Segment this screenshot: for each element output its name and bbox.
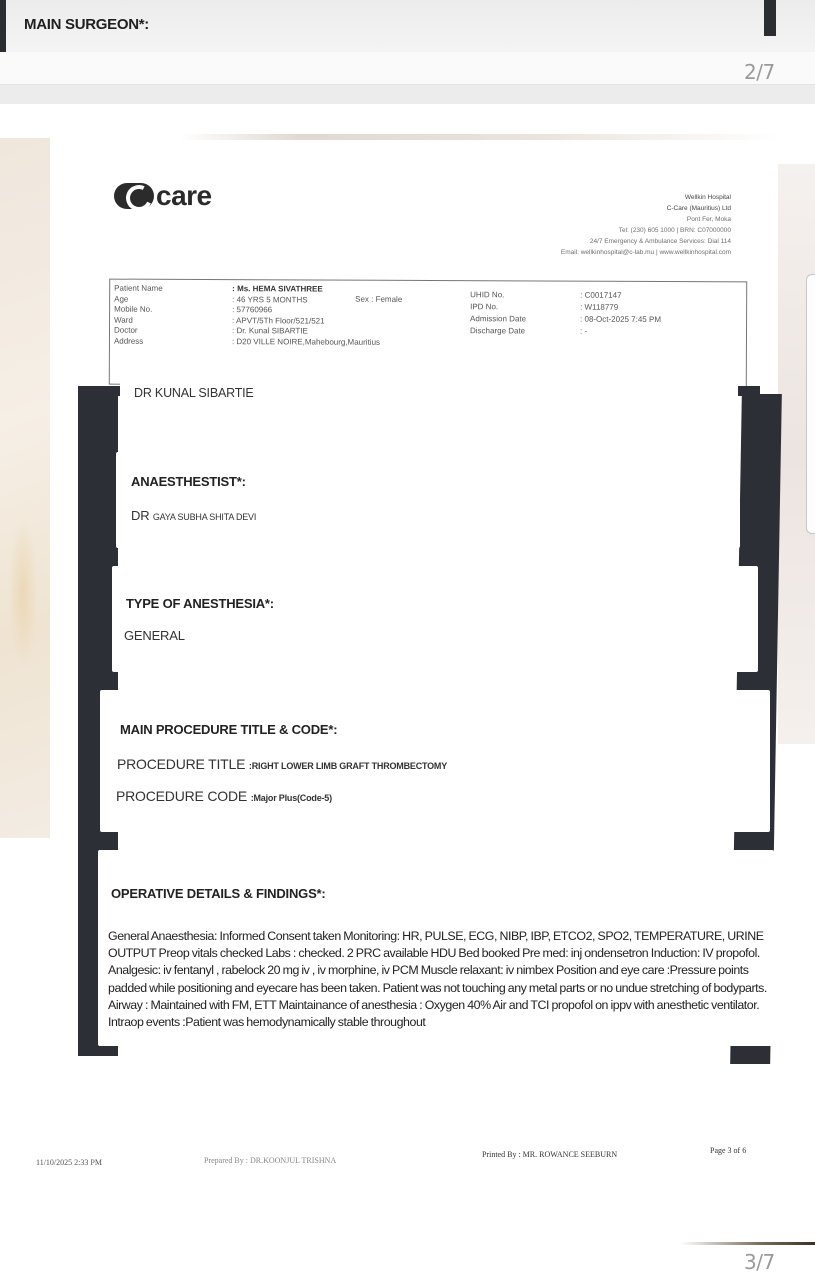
- current-page[interactable]: care Wellkin Hospital C-Care (Mauritius)…: [0, 104, 815, 1280]
- anesthesia-type-card: TYPE OF ANESTHESIA*: GENERAL: [112, 566, 758, 672]
- hospital-address-block: Wellkin Hospital C-Care (Mauritius) Ltd …: [561, 192, 731, 258]
- label-ipd: IPD No.: [470, 301, 526, 313]
- logo-text: care: [156, 180, 212, 212]
- discharge-date-value: : -: [580, 326, 661, 338]
- operative-details-heading: OPERATIVE DETAILS & FINDINGS*:: [111, 886, 326, 901]
- procedure-code-label: PROCEDURE CODE: [116, 788, 247, 804]
- anaesthetist-prefix: DR: [131, 508, 149, 523]
- ccare-logo: care: [114, 180, 212, 212]
- anaesthetist-name: GAYA SUBHA SHITA DEVI: [153, 512, 256, 522]
- pen-edge: [680, 1242, 815, 1245]
- anaesthetist-card: ANAESTHESTIST*: DR GAYA SUBHA SHITA DEVI: [116, 452, 740, 548]
- label-age: Age: [114, 294, 163, 305]
- label-address: Address: [114, 336, 163, 347]
- uhid-value: : C0017147: [580, 290, 661, 302]
- patient-ward: : APVT/5Th Floor/521/521: [232, 316, 380, 327]
- patient-sex: Sex : Female: [355, 295, 402, 304]
- anesthesia-type-value: GENERAL: [124, 628, 185, 643]
- form-frame-right: [764, 0, 776, 36]
- anaesthetist-value: DR GAYA SUBHA SHITA DEVI: [131, 508, 256, 523]
- page-separator: [0, 84, 815, 104]
- hospital-name: Wellkin Hospital: [561, 192, 731, 203]
- procedure-code-value: :Major Plus(Code-5): [251, 793, 332, 803]
- patient-doctor: : Dr. Kunal SIBARTIE: [232, 326, 380, 337]
- prepared-by: Prepared By : DR.KOONJUL TRISHNA: [204, 1156, 336, 1165]
- patient-mobile: : 57760966: [232, 305, 380, 316]
- patient-name: : Ms. HEMA SIVATHREE: [232, 284, 380, 295]
- procedure-heading: MAIN PROCEDURE TITLE & CODE*:: [120, 722, 337, 737]
- print-datetime: 11/10/2025 2:33 PM: [36, 1158, 102, 1167]
- label-admission-date: Admission Date: [470, 313, 526, 325]
- admission-values: : C0017147 : W118779 : 08-Oct-2025 7:45 …: [580, 290, 661, 338]
- main-surgeon-heading: MAIN SURGEON*:: [24, 16, 149, 33]
- background-surface-left: [0, 138, 50, 838]
- patient-info-box: Patient Name Age Mobile No. Ward Doctor …: [109, 279, 747, 388]
- procedure-title-value: :RIGHT LOWER LIMB GRAFT THROMBECTOMY: [249, 761, 447, 771]
- procedure-title-row: PROCEDURE TITLE :RIGHT LOWER LIMB GRAFT …: [117, 756, 447, 772]
- label-ward: Ward: [114, 315, 163, 326]
- label-patient-name: Patient Name: [114, 284, 163, 295]
- document-page-number: Page 3 of 6: [710, 1146, 746, 1155]
- page-counter-previous: 2/7: [744, 60, 775, 84]
- form-frame-left: [0, 0, 6, 52]
- procedure-card: MAIN PROCEDURE TITLE & CODE*: PROCEDURE …: [100, 690, 770, 832]
- page-counter-current: 3/7: [744, 1250, 775, 1274]
- procedure-title-label: PROCEDURE TITLE: [117, 756, 245, 772]
- admission-labels: UHID No. IPD No. Admission Date Discharg…: [470, 289, 526, 337]
- procedure-code-row: PROCEDURE CODE :Major Plus(Code-5): [116, 788, 332, 804]
- operative-details-text: General Anaesthesia: Informed Consent ta…: [108, 928, 770, 1031]
- label-doctor: Doctor: [114, 326, 163, 337]
- anaesthetist-heading: ANAESTHESTIST*:: [131, 474, 246, 489]
- main-surgeon-value: DR KUNAL SIBARTIE: [134, 386, 254, 400]
- admission-date-value: : 08-Oct-2025 7:45 PM: [580, 314, 661, 326]
- label-discharge-date: Discharge Date: [470, 325, 526, 337]
- patient-labels: Patient Name Age Mobile No. Ward Doctor …: [114, 284, 163, 347]
- c-circle-logo-icon: [114, 183, 154, 209]
- company-name: C-Care (Mauritius) Ltd: [561, 203, 731, 214]
- hospital-location: Pont Fer, Moka: [561, 214, 731, 225]
- hospital-emergency: 24/7 Emergency & Ambulance Services: Dia…: [561, 236, 731, 247]
- label-mobile: Mobile No.: [114, 305, 163, 316]
- operative-details-card: OPERATIVE DETAILS & FINDINGS*: General A…: [98, 850, 774, 1046]
- patient-address: : D20 VILLE NOIRE,Mahebourg,Mauritius: [232, 337, 380, 348]
- label-uhid: UHID No.: [470, 289, 526, 301]
- document-viewer: MAIN SURGEON*: 2/7 care Wellkin Hospital…: [0, 0, 815, 1280]
- hospital-phone: Tel: (230) 605 1000 | BRN: C07000000: [561, 225, 731, 236]
- ipd-value: : W118779: [580, 302, 661, 314]
- paper-edge-shadow: [180, 134, 780, 140]
- main-surgeon-card: DR KUNAL SIBARTIE: [120, 378, 738, 436]
- side-panel-edge: [806, 274, 815, 534]
- patient-values: : Ms. HEMA SIVATHREE : 46 YRS 5 MONTHS :…: [232, 284, 380, 348]
- hospital-email: Email: wellkinhospital@c-lab.mu | www.we…: [561, 247, 731, 258]
- anesthesia-type-heading: TYPE OF ANESTHESIA*:: [126, 596, 274, 611]
- printed-by: Printed By : MR. ROWANCE SEEBURN: [482, 1150, 617, 1159]
